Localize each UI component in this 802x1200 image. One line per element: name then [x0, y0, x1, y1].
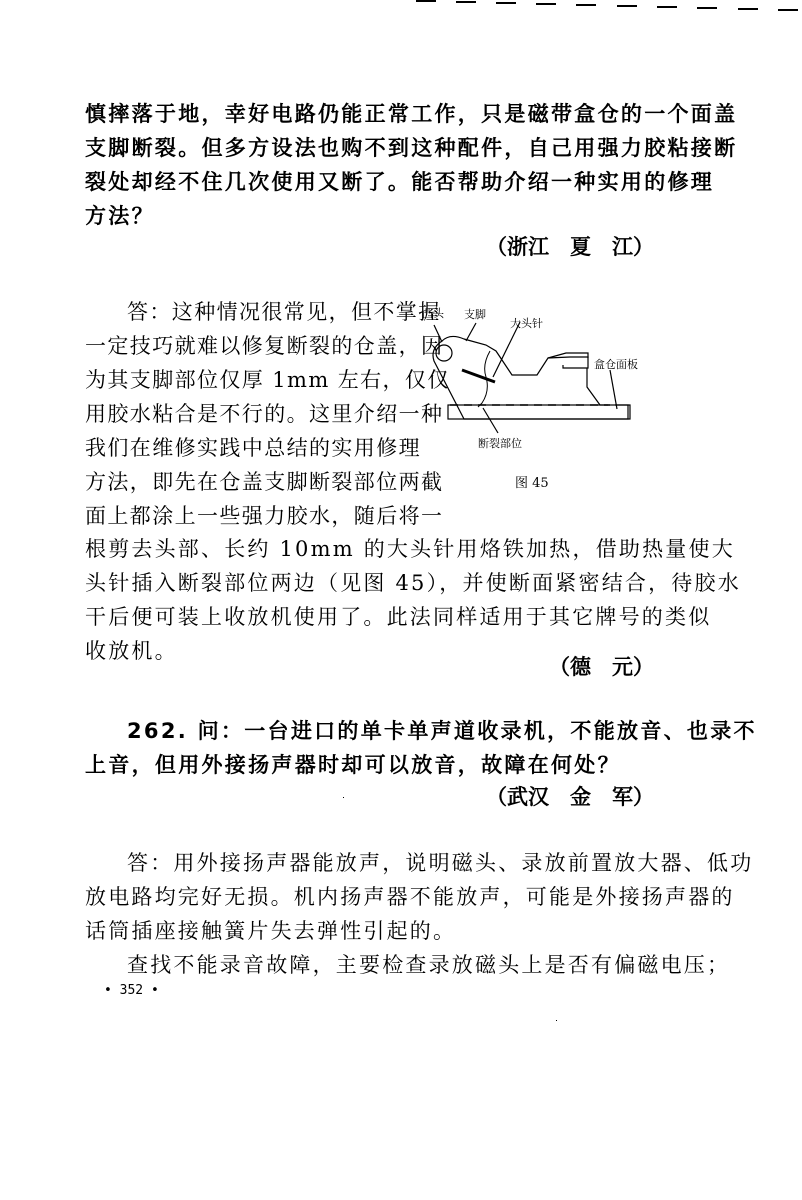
figure-caption: 图 45	[515, 472, 549, 491]
answer-line: 用胶水粘合是不行的。这里介绍一种	[85, 397, 415, 431]
question-line: 支脚断裂。但多方设法也购不到这种配件，自己用强力胶粘接断	[85, 131, 657, 165]
answer-line: 我们在维修实践中总结的实用修理	[85, 431, 415, 465]
answer-line: 答：这种情况很常见，但不掌握	[85, 295, 427, 329]
answer-line: 放电路均完好无损。机内扬声器不能放声，可能是外接扬声器的	[85, 880, 657, 914]
question-line: 慎摔落于地，幸好电路仍能正常工作，只是磁带盒仓的一个面盖	[85, 97, 657, 131]
scan-speck	[556, 1020, 557, 1021]
label-break: 断裂部位	[478, 435, 522, 451]
answer-line: 根剪去头部、长约 10mm 的大头针用烙铁加热，借助热量使大	[85, 532, 657, 566]
label-pin: 大头针	[510, 315, 543, 331]
page-number: • 352 •	[104, 983, 159, 998]
answer-attribution: （德 元）	[549, 650, 654, 684]
label-leg: 支脚	[464, 306, 486, 322]
answer-line: 话筒插座接触簧片失去弹性引起的。	[85, 914, 657, 948]
label-panel: 盒仓面板	[594, 356, 638, 372]
answer-line: 头针插入断裂部位两边（见图 45），并使断面紧密结合，待胶水	[85, 566, 657, 600]
question-attribution: （浙江 夏 江）	[486, 230, 654, 264]
answer-line: 一定技巧就难以修复断裂的仓盖，因	[85, 329, 415, 363]
question-line: 方法？	[85, 199, 657, 233]
answer-line: 为其支脚部位仅厚 1mm 左右，仅仅	[85, 363, 415, 397]
answer-line: 干后便可装上收放机使用了。此法同样适用于其它牌号的类似	[85, 600, 657, 634]
question-line: 上音，但用外接扬声器时却可以放音，故障在何处？	[85, 748, 657, 782]
question-line: 裂处却经不住几次使用又断了。能否帮助介绍一种实用的修理	[85, 165, 657, 199]
answer-line: 方法，即先在仓盖支脚断裂部位两截	[85, 465, 415, 499]
scan-speck	[343, 797, 344, 798]
answer-line: 答：用外接扬声器能放声，说明磁头、录放前置放大器、低功	[85, 846, 657, 880]
answer-line: 面上都涂上一些强力胶水，随后将一	[85, 499, 415, 533]
question-line: 262. 问：一台进口的单卡单声道收录机，不能放音、也录不	[85, 714, 657, 748]
answer-line: 查找不能录音故障，主要检查录放磁头上是否有偏磁电压；	[85, 948, 657, 982]
label-boss: 凸头	[422, 305, 444, 321]
figure-45: 凸头 支脚 大头针 盒仓面板 断裂部位	[420, 295, 660, 495]
header-dashed-rule	[400, 0, 802, 22]
question-attribution: （武汉 金 军）	[486, 780, 654, 814]
